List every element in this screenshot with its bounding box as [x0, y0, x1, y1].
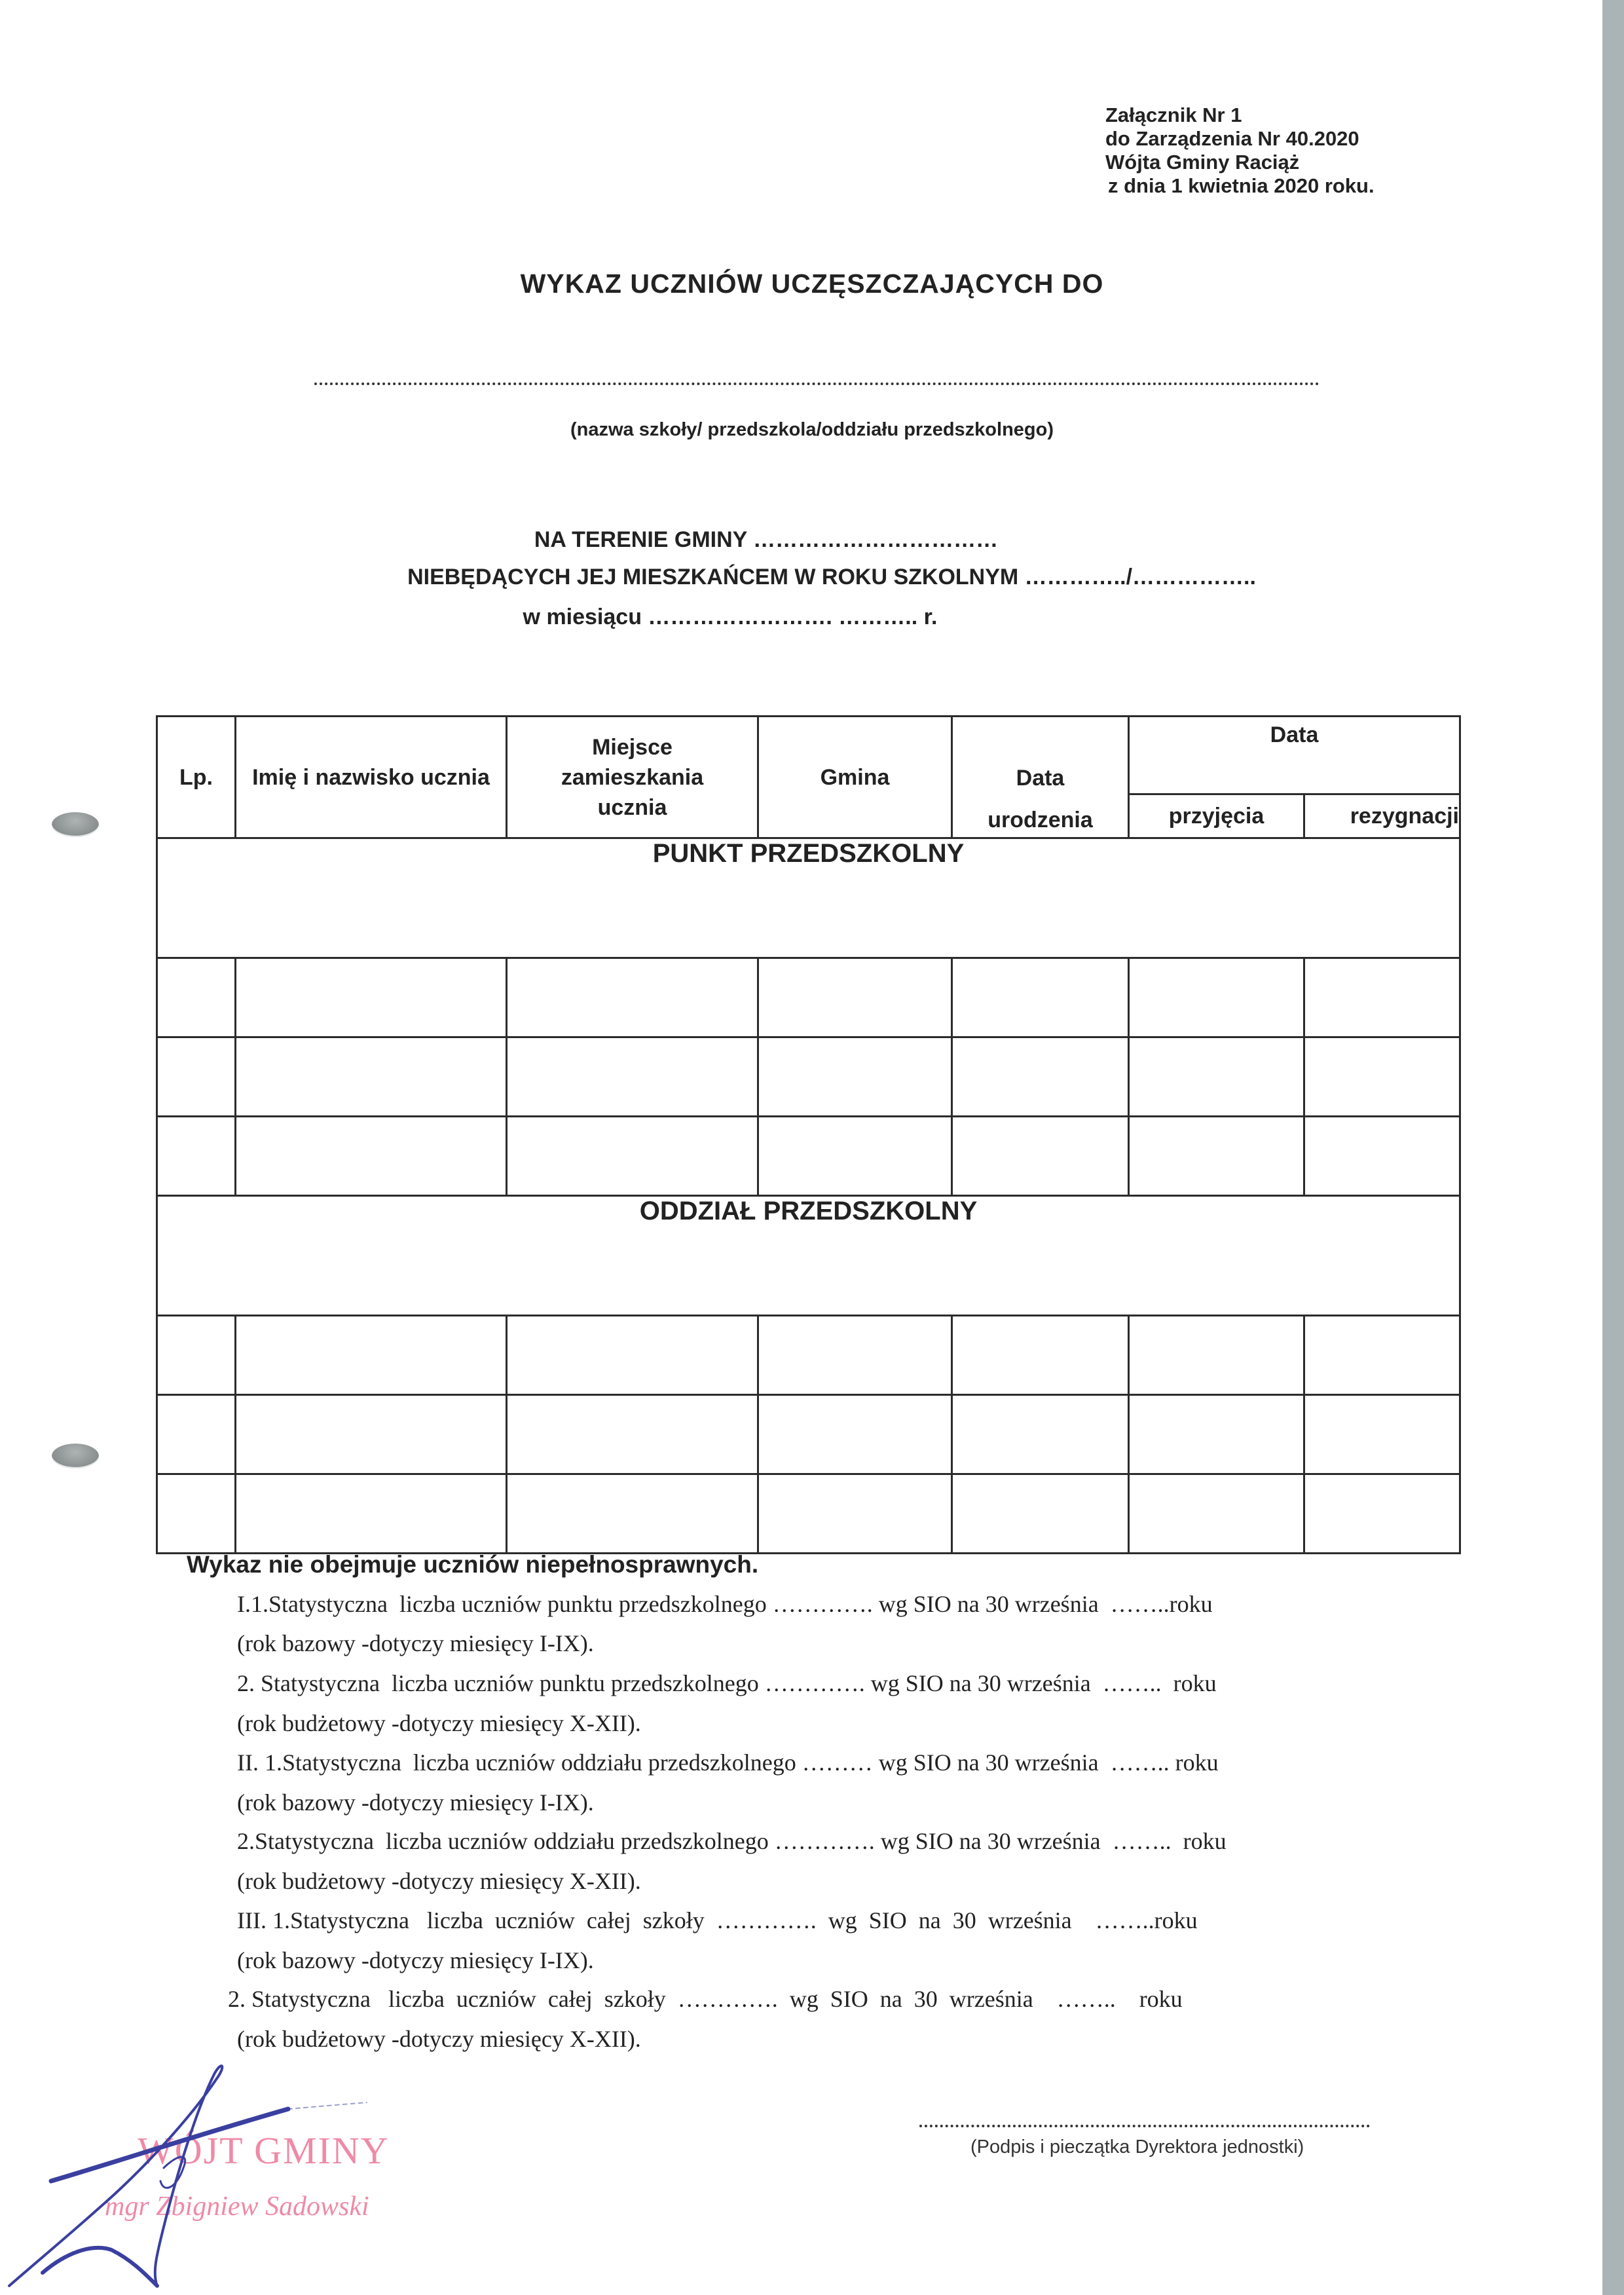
header-birth-line: urodzenia [953, 805, 1128, 835]
student-roster-table: Lp. Imię i nazwisko ucznia Miejsce zamie… [156, 715, 1461, 1554]
exclusion-note: Wykaz nie obejmuje uczniów niepełnospraw… [187, 1551, 758, 1578]
header-admission-date: przyjęcia [1129, 794, 1304, 838]
cell-admission-date[interactable] [1129, 1474, 1304, 1554]
header-residence-line: ucznia [507, 793, 757, 823]
cell-admission-date[interactable] [1129, 1316, 1304, 1395]
cell-gmina[interactable] [758, 1037, 952, 1117]
stat-line: 2. Statystyczna liczba uczniów całej szk… [228, 1985, 1183, 2013]
annex-line: do Zarządzenia Nr 40.2020 [1105, 127, 1375, 151]
stat-line: III. 1.Statystyczna liczba uczniów całej… [237, 1907, 1198, 1934]
handwritten-signature-icon [0, 2063, 458, 2295]
cell-name[interactable] [236, 1474, 507, 1554]
cell-admission-date[interactable] [1129, 1037, 1304, 1117]
cell-resignation-date[interactable] [1304, 1117, 1460, 1196]
cell-gmina[interactable] [758, 1316, 952, 1395]
cell-resignation-date[interactable] [1304, 1037, 1460, 1117]
cell-residence[interactable] [507, 1316, 758, 1395]
cell-residence[interactable] [507, 1117, 758, 1196]
cell-admission-date[interactable] [1129, 958, 1304, 1037]
cell-resignation-date[interactable] [1304, 958, 1460, 1037]
stat-line: (rok bazowy -dotyczy miesięcy I-IX). [237, 1789, 594, 1816]
stat-line: (rok budżetowy -dotyczy miesięcy X-XII). [237, 2025, 641, 2053]
cell-birth-date[interactable] [952, 1117, 1129, 1196]
cell-gmina[interactable] [758, 1117, 952, 1196]
document-title: WYKAZ UCZNIÓW UCZĘSZCZAJĄCYCH DO [0, 269, 1624, 299]
table-row [157, 1037, 1460, 1117]
cell-lp[interactable] [157, 1117, 236, 1196]
cell-birth-date[interactable] [952, 1316, 1129, 1395]
header-residence-line: Miejsce [507, 732, 757, 762]
director-signature-caption: (Podpis i pieczątka Dyrektora jednostki) [970, 2136, 1304, 2158]
school-name-caption: (nazwa szkoły/ przedszkola/oddziału prze… [0, 419, 1624, 441]
cell-residence[interactable] [507, 1395, 758, 1474]
cell-birth-date[interactable] [952, 1474, 1129, 1554]
punch-hole-top [52, 812, 99, 837]
cell-resignation-date[interactable] [1304, 1474, 1460, 1554]
section-title-oddzial: ODDZIAŁ PRZEDSZKOLNY [157, 1196, 1460, 1316]
subtitle-gmina: NA TERENIE GMINY …………………………… [0, 527, 1578, 553]
header-residence-line: zamieszkania [507, 762, 757, 793]
annex-line: Wójta Gminy Raciąż [1105, 151, 1375, 174]
stat-line: (rok bazowy -dotyczy miesięcy I-IX). [237, 1947, 594, 1974]
annex-line: Załącznik Nr 1 [1105, 103, 1375, 127]
cell-admission-date[interactable] [1129, 1117, 1304, 1196]
header-name: Imię i nazwisko ucznia [236, 717, 507, 838]
table-row [157, 1395, 1460, 1474]
cell-lp[interactable] [157, 958, 236, 1037]
cell-birth-date[interactable] [952, 958, 1129, 1037]
cell-name[interactable] [236, 1117, 507, 1196]
annex-line: z dnia 1 kwietnia 2020 roku. [1108, 174, 1375, 198]
cell-gmina[interactable] [758, 1474, 952, 1554]
table-row [157, 958, 1460, 1037]
section-title-punkt: PUNKT PRZEDSZKOLNY [157, 838, 1460, 958]
cell-gmina[interactable] [758, 1395, 952, 1474]
cell-name[interactable] [236, 1037, 507, 1117]
cell-birth-date[interactable] [952, 1037, 1129, 1117]
header-gmina: Gmina [758, 717, 952, 838]
director-signature-line[interactable] [919, 2125, 1370, 2127]
cell-resignation-date[interactable] [1304, 1395, 1460, 1474]
subtitle-month: w miesiącu ……………………. ……….. r. [0, 605, 1542, 630]
cell-name[interactable] [236, 1395, 507, 1474]
header-resignation-date: rezygnacji [1304, 794, 1460, 838]
cell-gmina[interactable] [758, 958, 952, 1037]
cell-name[interactable] [236, 1316, 507, 1395]
header-residence: Miejsce zamieszkania ucznia [507, 717, 758, 838]
cell-residence[interactable] [507, 958, 758, 1037]
cell-lp[interactable] [157, 1037, 236, 1117]
stat-line: (rok budżetowy -dotyczy miesięcy X-XII). [237, 1709, 641, 1737]
stat-line: (rok budżetowy -dotyczy miesięcy X-XII). [237, 1867, 641, 1895]
stat-line: II. 1.Statystyczna liczba uczniów oddzia… [237, 1749, 1219, 1776]
header-birth-line: Data [953, 763, 1128, 793]
annex-header: Załącznik Nr 1 do Zarządzenia Nr 40.2020… [1105, 103, 1375, 198]
cell-lp[interactable] [157, 1395, 236, 1474]
punch-hole-bottom [52, 1444, 99, 1468]
stat-line: 2.Statystyczna liczba uczniów oddziału p… [237, 1827, 1227, 1855]
cell-resignation-date[interactable] [1304, 1316, 1460, 1395]
stat-line: (rok bazowy -dotyczy miesięcy I-IX). [237, 1630, 594, 1657]
header-lp: Lp. [157, 717, 236, 838]
cell-residence[interactable] [507, 1037, 758, 1117]
cell-admission-date[interactable] [1129, 1395, 1304, 1474]
scanner-edge-strip [1602, 0, 1624, 2295]
table-row [157, 1316, 1460, 1395]
cell-name[interactable] [236, 958, 507, 1037]
subtitle-school-year: NIEBĘDĄCYCH JEJ MIESZKAŃCEM W ROKU SZKOL… [20, 565, 1624, 590]
school-name-fill-line[interactable] [314, 382, 1319, 385]
table-row [157, 1474, 1460, 1554]
cell-lp[interactable] [157, 1474, 236, 1554]
header-date-group: Data [1129, 717, 1460, 794]
stat-line: 2. Statystyczna liczba uczniów punktu pr… [237, 1670, 1217, 1697]
cell-birth-date[interactable] [952, 1395, 1129, 1474]
table-row [157, 1117, 1460, 1196]
cell-lp[interactable] [157, 1316, 236, 1395]
stat-line: I.1.Statystyczna liczba uczniów punktu p… [237, 1590, 1213, 1618]
header-birth-date: Data urodzenia [952, 717, 1129, 838]
cell-residence[interactable] [507, 1474, 758, 1554]
